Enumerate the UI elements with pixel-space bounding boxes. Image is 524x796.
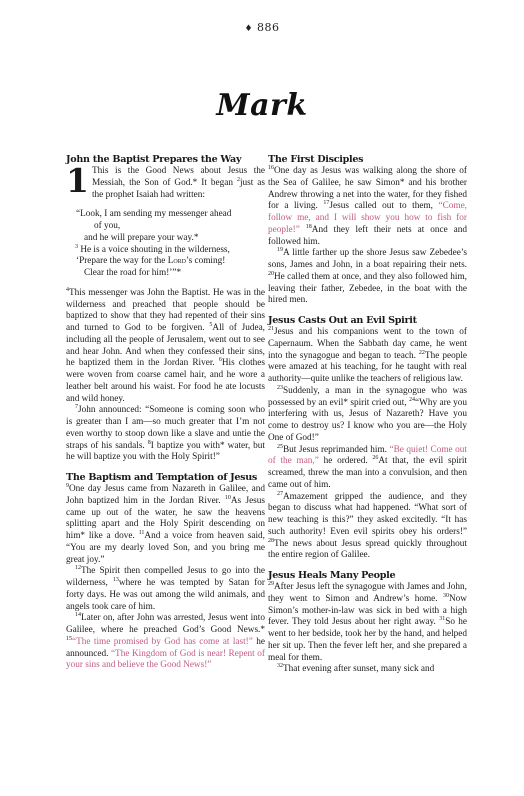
book-title: Mark	[0, 88, 524, 123]
verse-paragraph: 19A little farther up the shore Jesus sa…	[268, 248, 467, 307]
verse-paragraph: 16One day as Jesus was walking along the…	[268, 166, 467, 248]
verse-paragraph: 21Jesus and his companions went to the t…	[268, 327, 467, 386]
verse-text: He is a voice shouting in the wilderness…	[80, 245, 230, 255]
verse-text: But Jesus reprimanded him.	[283, 445, 390, 455]
left-column: John the Baptist Prepares the Way 1This …	[66, 154, 265, 672]
verse-text: ’s coming!	[186, 256, 225, 266]
verse-text: The news about Jesus spread quickly thro…	[268, 539, 467, 561]
verse-text: A little farther up the shore Jesus saw …	[268, 248, 467, 270]
verse-text: That evening after sunset, many sick and	[283, 664, 434, 674]
verse-number: 3	[75, 243, 78, 249]
verse-text: Later on, after John was arrested, Jesus…	[66, 613, 265, 635]
section-heading: Jesus Casts Out an Evil Spirit	[268, 315, 467, 327]
verse-paragraph: 4This messenger was John the Baptist. He…	[66, 288, 265, 406]
verse-paragraph: 23Suddenly, a man in the synagogue who w…	[268, 386, 467, 445]
verse-text: Jesus called out to them,	[329, 201, 438, 211]
verse-paragraph: 27Amazement gripped the audience, and th…	[268, 492, 467, 563]
verse-text: and he will prepare your way.*	[66, 233, 265, 245]
verse-paragraph: 7John announced: “Someone is coming soon…	[66, 405, 265, 464]
section-heading: John the Baptist Prepares the Way	[66, 154, 265, 166]
verse-text: Lord	[168, 256, 186, 266]
verse-paragraph: 1This is the Good News about Jesus the M…	[66, 166, 265, 201]
verse-paragraph: 9One day Jesus came from Nazareth in Gal…	[66, 484, 265, 566]
section-heading: The First Disciples	[268, 154, 467, 166]
verse-paragraph: 25But Jesus reprimanded him. “Be quiet! …	[268, 445, 467, 492]
page-header: ♦886	[0, 21, 524, 34]
verse-paragraph: 14Later on, after John was arrested, Jes…	[66, 613, 265, 672]
verse-text: ‘Prepare the way for the	[76, 256, 168, 266]
verse-text: After Jesus left the synagogue with Jame…	[268, 582, 467, 604]
verse-paragraph: 29After Jesus left the synagogue with Ja…	[268, 582, 467, 664]
bookmark-icon: ♦	[244, 24, 253, 34]
verse-text: Amazement gripped the audience, and they…	[268, 492, 467, 537]
verse-text: of you,	[66, 221, 265, 233]
section-heading: The Baptism and Temptation of Jesus	[66, 472, 265, 484]
page-number: 886	[257, 21, 280, 34]
verse-text: “Look, I am sending my messenger ahead	[66, 209, 265, 221]
right-column: The First Disciples 16One day as Jesus w…	[268, 154, 467, 676]
section-heading: Jesus Heals Many People	[268, 570, 467, 582]
words-of-jesus: “The time promised by God has come at la…	[72, 637, 253, 647]
verse-paragraph: 32That evening after sunset, many sick a…	[268, 664, 467, 676]
verse-text: He called them at once, and they also fo…	[268, 272, 467, 306]
verse-text: he ordered.	[319, 456, 373, 466]
verse-text: Clear the road for him!’”*	[66, 268, 265, 280]
poetry-quote: “Look, I am sending my messenger ahead o…	[66, 209, 265, 280]
chapter-number: 1	[66, 167, 89, 194]
verse-paragraph: 12The Spirit then compelled Jesus to go …	[66, 566, 265, 613]
